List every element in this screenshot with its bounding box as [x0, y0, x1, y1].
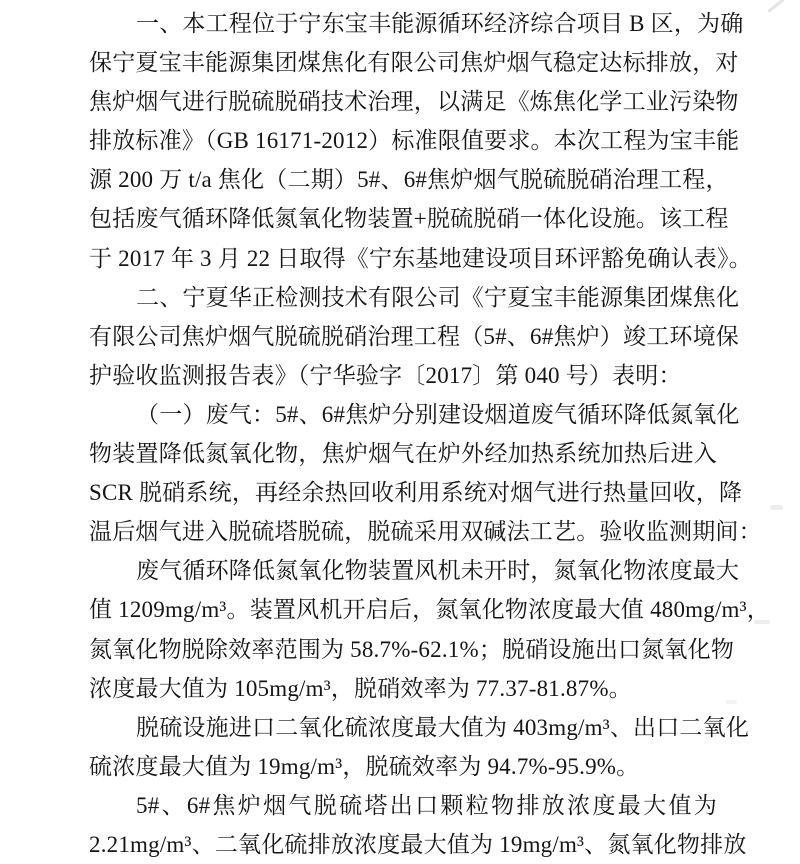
text-line-21: 5#、6#焦炉烟气脱硫塔出口颗粒物排放浓度最大值为 — [89, 786, 717, 825]
document-text-block: 一、本工程位于宁东宝丰能源循环经济综合项目 B 区，为确 保宁夏宝丰能源集团煤焦… — [89, 4, 717, 864]
scanned-document-page: 一、本工程位于宁东宝丰能源循环经济综合项目 B 区，为确 保宁夏宝丰能源集团煤焦… — [0, 0, 800, 864]
text-line-8: 二、宁夏华正检测技术有限公司《宁夏宝丰能源集团煤焦化 — [89, 278, 717, 317]
text-line-19: 脱硫设施进口二氧化硫浓度最大值为 403mg/m³、出口二氧化 — [89, 708, 717, 747]
scan-artifact — [754, 620, 770, 624]
text-line-16: 值 1209mg/m³。装置风机开启后，氮氧化物浓度最大值 480mg/m³， — [89, 590, 717, 629]
text-line-18: 浓度最大值为 105mg/m³，脱硝效率为 77.37-81.87%。 — [89, 669, 717, 708]
text-line-3: 焦炉烟气进行脱硫脱硝技术治理，以满足《炼焦化学工业污染物 — [89, 82, 717, 121]
text-line-5: 源 200 万 t/a 焦化（二期）5#、6#焦炉烟气脱硫脱硝治理工程， — [89, 160, 717, 199]
text-line-17: 氮氧化物脱除效率范围为 58.7%-62.1%；脱硝设施出口氮氧化物 — [89, 630, 717, 669]
text-line-22: 2.21mg/m³、二氧化硫排放浓度最大值为 19mg/m³、氮氧化物排放 — [89, 825, 717, 864]
text-line-2: 保宁夏宝丰能源集团煤焦化有限公司焦炉烟气稳定达标排放，对 — [89, 43, 717, 82]
text-line-6: 包括废气循环降低氮氧化物装置+脱硫脱硝一体化设施。该工程 — [89, 199, 717, 238]
text-line-15: 废气循环降低氮氧化物装置风机未开时，氮氧化物浓度最大 — [89, 551, 717, 590]
scan-artifact — [95, 446, 99, 450]
text-line-10: 护验收监测报告表》（宁华验字〔2017〕第 040 号）表明： — [89, 356, 717, 395]
text-line-13: SCR 脱硝系统，再经余热回收利用系统对烟气进行热量回收，降 — [89, 473, 717, 512]
text-line-20: 硫浓度最大值为 19mg/m³，脱硫效率为 94.7%-95.9%。 — [89, 747, 717, 786]
text-line-7: 于 2017 年 3 月 22 日取得《宁东基地建设项目环评豁免确认表》。 — [89, 239, 717, 278]
text-line-4: 排放标准》（GB 16171-2012）标准限值要求。本次工程为宝丰能 — [89, 121, 717, 160]
text-line-14: 温后烟气进入脱硫塔脱硫，脱硫采用双碱法工艺。验收监测期间： — [89, 512, 717, 551]
text-line-12: 物装置降低氮氧化物，焦炉烟气在炉外经加热系统加热后进入 — [89, 434, 717, 473]
text-line-11: （一）废气：5#、6#焦炉分别建设烟道废气循环降低氮氧化 — [89, 395, 717, 434]
text-line-9: 有限公司焦炉烟气脱硫脱硝治理工程（5#、6#焦炉）竣工环境保 — [89, 317, 717, 356]
text-line-1: 一、本工程位于宁东宝丰能源循环经济综合项目 B 区，为确 — [89, 4, 717, 43]
scan-artifact — [726, 700, 737, 704]
scan-artifact — [767, 0, 785, 13]
scan-artifact — [770, 505, 783, 510]
